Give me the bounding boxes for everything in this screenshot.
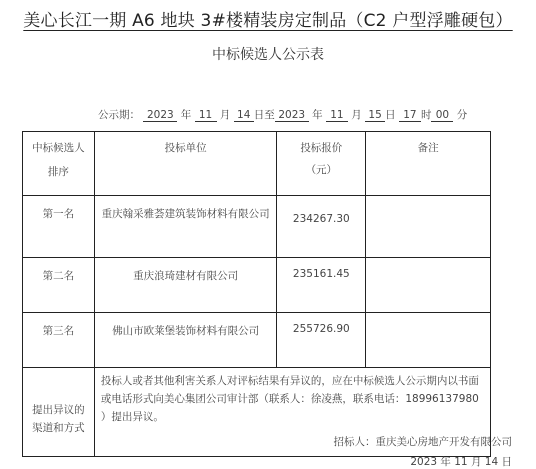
table-row: 第二名 重庆浪琦建材有限公司 235161.45 — [23, 258, 491, 313]
header-price-line2: （元） — [277, 159, 365, 181]
price-cell: 234267.30 — [277, 196, 366, 258]
start-year: 2023 — [143, 109, 177, 122]
header-remarks: 备注 — [366, 132, 491, 196]
rank-cell: 第二名 — [23, 258, 95, 313]
header-unit: 投标单位 — [94, 132, 277, 196]
remarks-cell — [366, 258, 491, 313]
remarks-cell — [366, 196, 491, 258]
tenderer: 招标人：重庆美心房地产开发有限公司 — [334, 434, 513, 449]
document-title-text: 美心长江一期 A6 地块 3#楼精装房定制品（C2 户型浮雕硬包） — [23, 11, 512, 31]
document-subtitle: 中标候选人公示表 — [0, 44, 536, 64]
start-day: 14 — [234, 109, 254, 122]
publicity-period: 公示期： 2023 年 11 月 14日至2023 年 11 月 15日 17时… — [98, 107, 467, 122]
header-price: 投标报价 （元） — [277, 132, 366, 196]
end-month: 11 — [326, 109, 348, 122]
minute-unit: 分 — [457, 109, 468, 121]
header-price-line1: 投标报价 — [277, 137, 365, 159]
year-unit-2: 年 — [312, 109, 323, 121]
table-row: 第三名 佛山市欧莱堡装饰材料有限公司 255726.90 — [23, 313, 491, 368]
rank-cell: 第一名 — [23, 196, 95, 258]
header-rank: 中标候选人 排序 — [23, 132, 95, 196]
start-month: 11 — [195, 109, 217, 122]
header-rank-line2: 排序 — [23, 160, 94, 184]
objection-label: 提出异议的 渠道和方式 — [23, 368, 95, 457]
candidate-table: 中标候选人 排序 投标单位 投标报价 （元） 备注 第一名 重庆翰采雅荟建筑装饰… — [22, 131, 491, 457]
remarks-cell — [366, 313, 491, 368]
unit-cell: 重庆浪琦建材有限公司 — [94, 258, 277, 313]
year-unit: 年 — [181, 109, 192, 121]
rank-cell: 第三名 — [23, 313, 95, 368]
unit-cell: 佛山市欧莱堡装饰材料有限公司 — [94, 313, 277, 368]
end-minute: 00 — [431, 109, 453, 122]
month-unit-2: 月 — [351, 109, 362, 121]
end-day: 15 — [365, 109, 385, 122]
table-row: 第一名 重庆翰采雅荟建筑装饰材料有限公司 234267.30 — [23, 196, 491, 258]
end-hour: 17 — [399, 109, 421, 122]
day-to: 日至 — [254, 109, 275, 121]
price-cell: 235161.45 — [277, 258, 366, 313]
end-year: 2023 — [275, 109, 309, 122]
objection-label-line2: 渠道和方式 — [23, 419, 94, 437]
price-cell: 255726.90 — [277, 313, 366, 368]
day-unit: 日 — [385, 109, 396, 121]
table-header-row: 中标候选人 排序 投标单位 投标报价 （元） 备注 — [23, 132, 491, 196]
hour-unit: 时 — [421, 109, 432, 121]
document-title: 美心长江一期 A6 地块 3#楼精装房定制品（C2 户型浮雕硬包） — [0, 6, 536, 31]
period-label: 公示期： — [98, 109, 140, 121]
unit-cell: 重庆翰采雅荟建筑装饰材料有限公司 — [94, 196, 277, 258]
month-unit: 月 — [220, 109, 231, 121]
header-rank-line1: 中标候选人 — [23, 136, 94, 160]
objection-label-line1: 提出异议的 — [23, 401, 94, 419]
notice-date: 2023 年 11 月 14 日 — [410, 454, 512, 469]
